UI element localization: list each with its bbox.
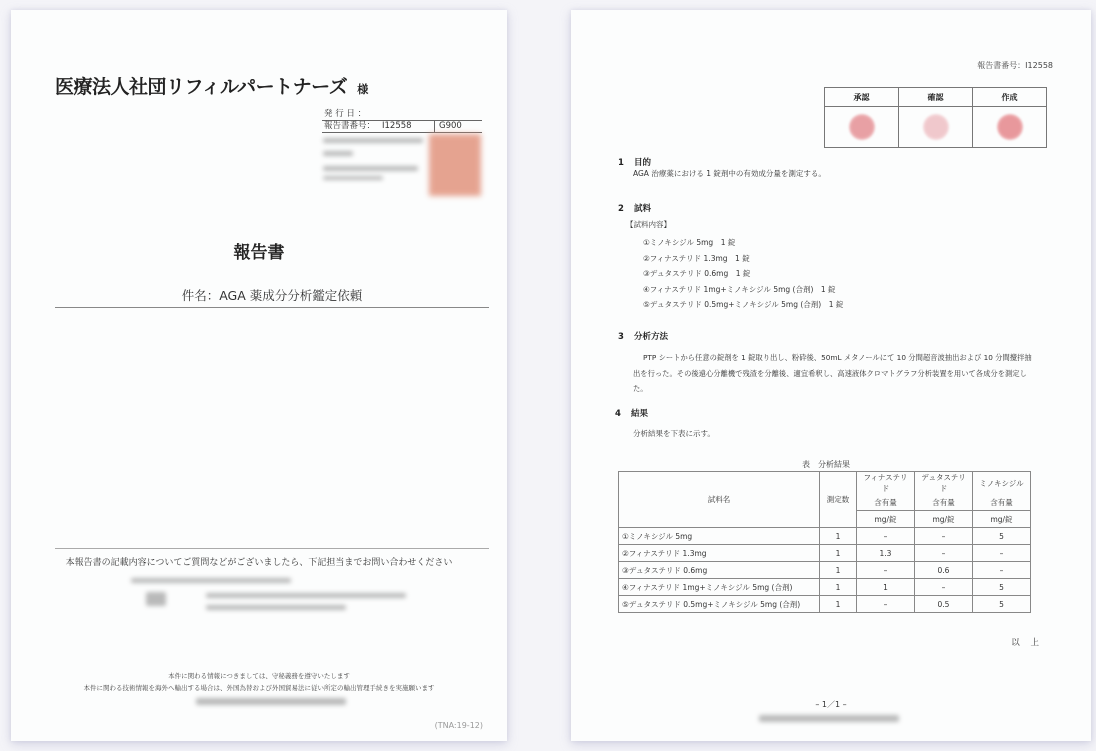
cell-count: 1	[820, 579, 857, 596]
cell-sample-name: ④フィナステリド 1mg+ミノキシジル 5mg (合剤)	[619, 579, 820, 596]
document-title: 報告書	[11, 238, 507, 263]
header-count: 測定数	[820, 472, 857, 528]
table-row: ②フィナステリド 1.3mg11.3––	[619, 545, 1031, 562]
header-dutasteride: デュタステリド	[915, 472, 973, 495]
cell-sample-name: ①ミノキシジル 5mg	[619, 528, 820, 545]
approval-header-approved: 承認	[825, 88, 899, 107]
redacted-company-name	[196, 698, 346, 705]
cell-minoxidil: 5	[973, 579, 1031, 596]
approved-seal-icon	[849, 114, 875, 140]
sample-list: ①ミノキシジル 5mg 1 錠 ②フィナステリド 1.3mg 1 錠 ③デュタス…	[643, 235, 843, 313]
form-code: (TNA:19-12)	[435, 721, 483, 730]
cell-dutasteride: 0.5	[915, 596, 973, 613]
cell-minoxidil: 5	[973, 596, 1031, 613]
results-text: 分析結果を下表に示す。	[633, 426, 715, 442]
cell-finasteride: 1	[857, 579, 915, 596]
redacted-company-seal	[429, 134, 481, 196]
cell-sample-name: ②フィナステリド 1.3mg	[619, 545, 820, 562]
cell-sample-name: ③デュタステリド 0.6mg	[619, 562, 820, 579]
cell-count: 1	[820, 596, 857, 613]
method-text: PTP シートから任意の錠剤を 1 錠取り出し、粉砕後、50mL メタノールにて…	[633, 350, 1033, 397]
page-number: – 1／1 –	[571, 699, 1091, 710]
report-code: G900	[434, 121, 462, 132]
issue-info: 発 行 日 ： 報告書番号： I12558 G900	[322, 109, 482, 133]
cell-minoxidil: 5	[973, 528, 1031, 545]
cell-dutasteride: –	[915, 545, 973, 562]
report-results-page: 報告書番号：I12558 承認 確認 作成 1目的 AGA 治療薬における 1 …	[571, 10, 1091, 741]
header-minoxidil: ミノキシジル	[973, 472, 1031, 495]
report-number: 報告書番号：I12558	[977, 60, 1053, 71]
approval-stamp-table: 承認 確認 作成	[824, 87, 1047, 148]
contact-note: 本報告書の記載内容についてご質問などがございましたら、下記担当までお問い合わせく…	[11, 555, 507, 568]
created-seal-icon	[997, 114, 1023, 140]
analysis-results-table: 試料名 測定数 フィナステリド デュタステリド ミノキシジル 含有量 含有量 含…	[618, 471, 1031, 613]
list-item: ②フィナステリド 1.3mg 1 錠	[643, 251, 843, 267]
end-mark: 以 上	[1011, 636, 1043, 648]
report-number-row: 報告書番号： I12558 G900	[322, 121, 482, 133]
divider	[55, 548, 489, 549]
header-sample-name: 試料名	[619, 472, 820, 528]
cell-finasteride: –	[857, 596, 915, 613]
cell-dutasteride: –	[915, 528, 973, 545]
list-item: ③デュタステリド 0.6mg 1 錠	[643, 266, 843, 282]
list-item: ④フィナステリド 1mg+ミノキシジル 5mg (合剤) 1 錠	[643, 282, 843, 298]
section-heading-results: 4結果	[615, 407, 648, 419]
cell-finasteride: 1.3	[857, 545, 915, 562]
cell-dutasteride: –	[915, 579, 973, 596]
honorific: 様	[357, 83, 368, 96]
issue-date-row: 発 行 日 ：	[322, 109, 482, 121]
document-subject: 件名：AGA 薬成分分析鑑定依頼	[55, 286, 489, 308]
table-row: ①ミノキシジル 5mg1––5	[619, 528, 1031, 545]
section-heading-samples: 2試料	[618, 202, 651, 214]
cell-count: 1	[820, 528, 857, 545]
cell-minoxidil: –	[973, 545, 1031, 562]
cell-minoxidil: –	[973, 562, 1031, 579]
checked-seal-icon	[923, 114, 949, 140]
table-row: ③デュタステリド 0.6mg1–0.6–	[619, 562, 1031, 579]
section-heading-method: 3分析方法	[618, 330, 668, 342]
cell-count: 1	[820, 545, 857, 562]
report-cover-page: 医療法人社団リフィルパートナーズ様 発 行 日 ： 報告書番号： I12558 …	[11, 10, 507, 741]
cell-dutasteride: 0.6	[915, 562, 973, 579]
sample-heading: 【試料内容】	[626, 217, 671, 233]
addressee: 医療法人社団リフィルパートナーズ様	[55, 72, 368, 99]
report-number: I12558	[382, 121, 434, 132]
confidentiality-notice: 本件に関わる情報につきましては、守秘義務を遵守いたします 本件に関わる技術情報を…	[11, 670, 507, 694]
list-item: ①ミノキシジル 5mg 1 錠	[643, 235, 843, 251]
approval-header-checked: 確認	[899, 88, 973, 107]
cell-finasteride: –	[857, 562, 915, 579]
redacted-company-name	[759, 715, 899, 722]
approval-header-created: 作成	[973, 88, 1047, 107]
purpose-text: AGA 治療薬における 1 錠剤中の有効成分量を測定する。	[633, 166, 826, 182]
table-row: ⑤デュタステリド 0.5mg+ミノキシジル 5mg (合剤)1–0.55	[619, 596, 1031, 613]
table-row: ④フィナステリド 1mg+ミノキシジル 5mg (合剤)11–5	[619, 579, 1031, 596]
cell-finasteride: –	[857, 528, 915, 545]
list-item: ⑤デュタステリド 0.5mg+ミノキシジル 5mg (合剤) 1 錠	[643, 297, 843, 313]
cell-sample-name: ⑤デュタステリド 0.5mg+ミノキシジル 5mg (合剤)	[619, 596, 820, 613]
cell-count: 1	[820, 562, 857, 579]
header-finasteride: フィナステリド	[857, 472, 915, 495]
